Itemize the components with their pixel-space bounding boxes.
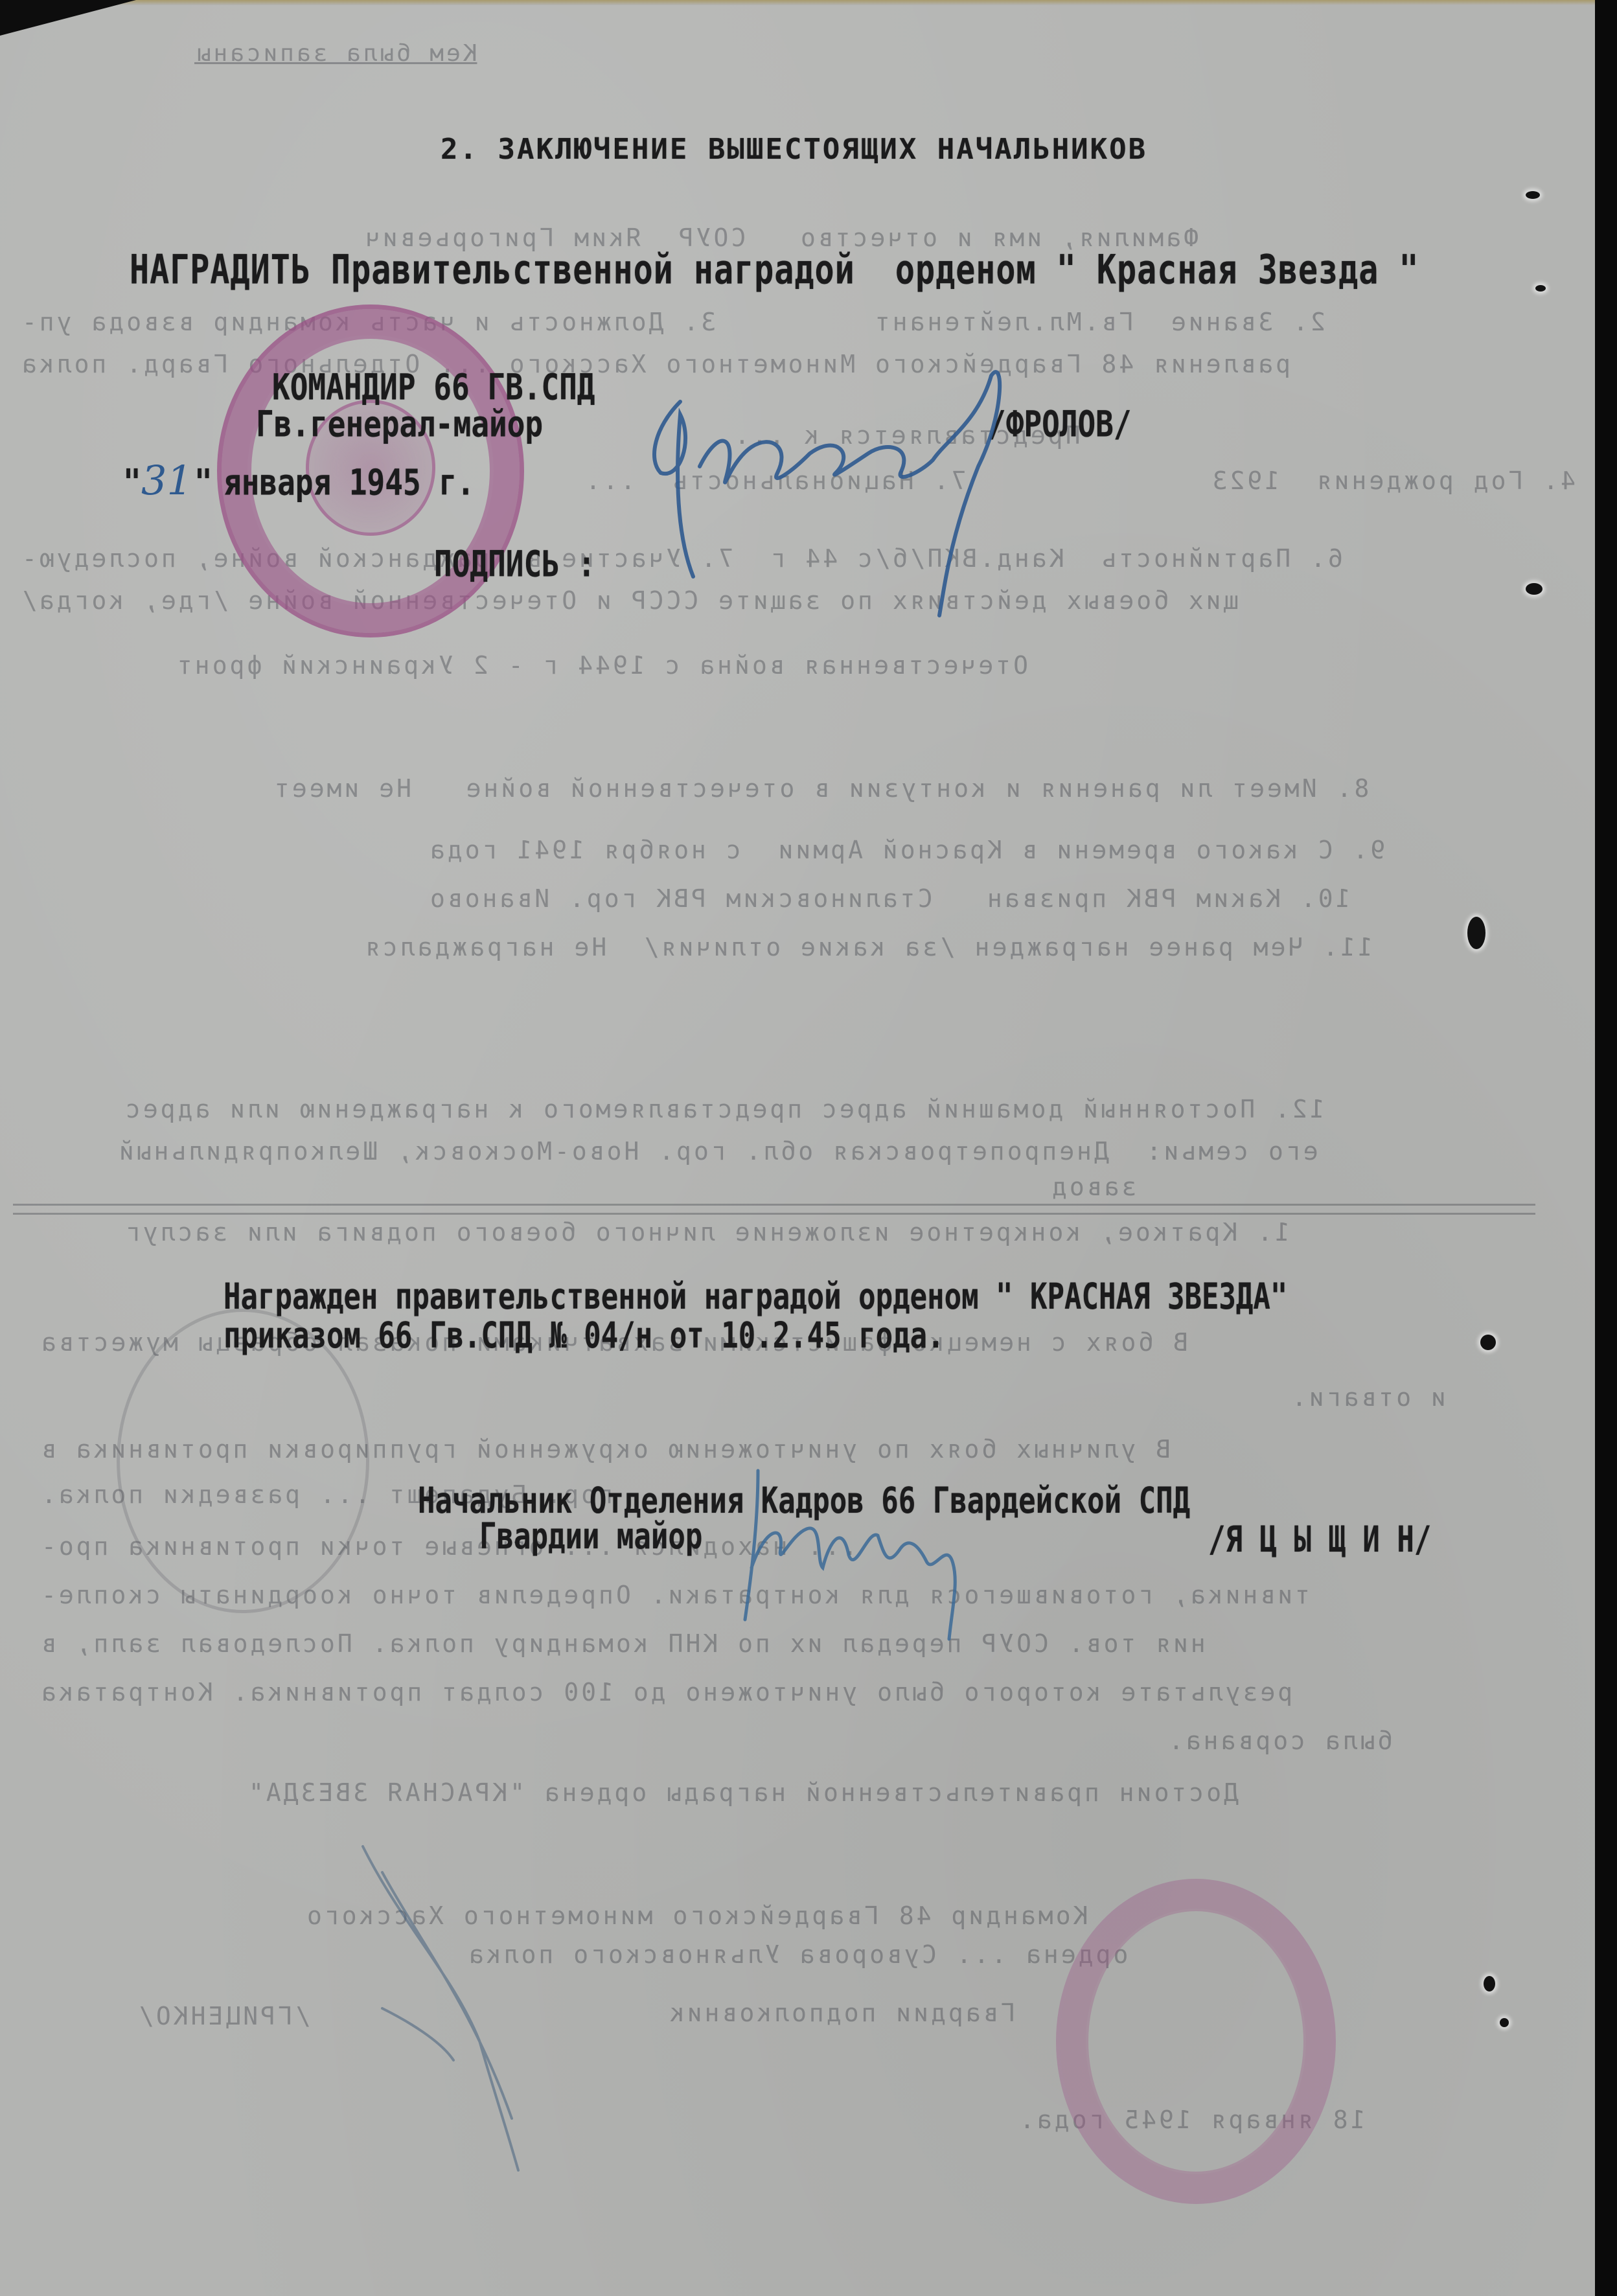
binding-hole	[1480, 1335, 1496, 1350]
bleed-header: Кем была записаны	[194, 40, 477, 67]
date-close-quote: "	[194, 461, 212, 503]
bleed-line: Достоин правительственной награды ордена…	[246, 1778, 1239, 1807]
binding-hole	[1535, 285, 1546, 292]
bleed-line: 8. Имеет ли ранения и контузии в отечест…	[272, 774, 1369, 803]
bleed-line: 12. Постоянный домашний адрес представля…	[123, 1095, 1325, 1123]
torn-corner	[0, 0, 136, 36]
bleed-line: результате которого было уничтожено до 1…	[39, 1678, 1292, 1706]
stamp-bleed-bottom-right	[1056, 1879, 1336, 2204]
bleed-line: 10. Каким РВК призван Сталиновским РВК г…	[428, 884, 1351, 913]
scanned-document-page: Кем была записаны Фамилия, имя и отчеств…	[0, 0, 1595, 2296]
bleed-line: ния тов. СОУР передал их по КНП командир…	[39, 1629, 1206, 1658]
award-result-line1: Награжден правительственной наградой орд…	[224, 1276, 1287, 1318]
bleed-line: была сорвана.	[1166, 1727, 1392, 1755]
bleed-footer: Гвардии подполковник	[667, 1999, 1016, 2027]
bleed-line: 9. С какого времени в Красной Армии с но…	[428, 836, 1385, 864]
scan-border-right	[1595, 0, 1617, 2296]
binding-hole	[1467, 917, 1485, 949]
personnel-chief-name: /Я Ц Ы Щ И Н/	[1208, 1519, 1431, 1561]
binding-hole	[1484, 1976, 1495, 1992]
bleed-line: завод	[1049, 1173, 1136, 1201]
commander-title: КОМАНДИР 66 ГВ.СПД	[272, 366, 595, 408]
bleed-footer: /ГРИЦЕНКО/	[136, 2002, 310, 2030]
signature-label: ПОДПИСЬ :	[434, 543, 595, 585]
personnel-chief-rank: Гвардии майор	[479, 1516, 702, 1557]
page-top-edge	[0, 0, 1595, 5]
date-day-handwritten: 31	[141, 457, 192, 504]
bleed-line: 11. Чем ранее награжден /за какие отличи…	[363, 933, 1373, 961]
bleed-line: Отечественная война с 1944 г - 2 Украинс…	[175, 651, 1028, 680]
personnel-chief-signature	[745, 1471, 1004, 1639]
date-text: января 1945 г.	[224, 461, 475, 503]
date-open-quote: "	[123, 461, 141, 503]
section-divider	[13, 1213, 1535, 1215]
section-divider	[13, 1204, 1535, 1206]
binding-hole	[1526, 583, 1542, 595]
bleed-line: 1. Краткое, конкретное изложение личного…	[123, 1218, 1290, 1246]
bleed-line: его семьи: Днепропетровская обл. гор. Но…	[117, 1137, 1318, 1165]
binding-hole	[1526, 191, 1540, 199]
bleed-line: и отваги.	[1289, 1383, 1446, 1412]
bleed-line: 2. Звание Гв.Мл.лейтенант 3. Должность и…	[19, 308, 1325, 336]
award-recommendation: НАГРАДИТЬ Правительственной наградой орд…	[130, 246, 1419, 293]
binding-hole	[1500, 2018, 1509, 2027]
award-result-line2: приказом 66 Гв.СПД № 04/н от 10.2.45 год…	[224, 1315, 945, 1357]
commander-signature	[641, 363, 1160, 622]
bleed-signature-bottom	[363, 1846, 622, 2170]
section-title: 2. ЗАКЛЮЧЕНИЕ ВЫШЕСТОЯЩИХ НАЧАЛЬНИКОВ	[441, 133, 1147, 166]
commander-rank: Гв.генерал-майор	[256, 403, 543, 445]
